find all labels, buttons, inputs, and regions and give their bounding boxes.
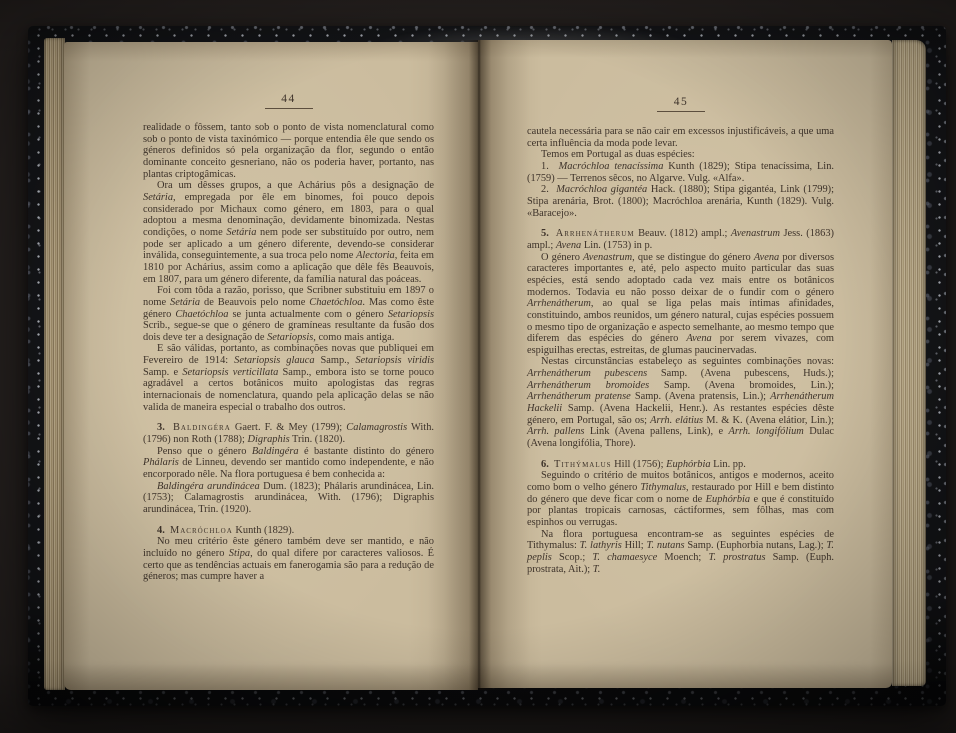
text-run: 2. — [541, 184, 556, 195]
species-name: Chaetóchloa — [175, 309, 228, 320]
paragraph: Na flora portuguesa encontram-se as segu… — [527, 529, 834, 576]
species-name: T. prostratus — [708, 552, 765, 563]
species-name: Arrh. longifólium — [728, 426, 803, 437]
species-name: Avena — [686, 333, 711, 344]
species-name: Macróchloa tenacíssima — [559, 161, 664, 172]
text-run: Samp. e — [143, 367, 182, 378]
text-run: Samp. (Euphorbia nutans, Lag.); — [685, 540, 827, 551]
species-name: Arrhenátherum — [527, 298, 591, 309]
left-page-text: realidade o fôssem, tanto sob o ponto de… — [143, 122, 434, 583]
species-name: Setária — [170, 297, 200, 308]
text-run: 3. — [157, 422, 165, 433]
right-page-header: 45 — [528, 96, 834, 112]
gutter-shadow — [428, 40, 530, 690]
text-run: Beauv. (1812) ampl.; — [635, 228, 731, 239]
page-edges-left — [44, 38, 65, 690]
species-name: Baldingéra arundinácea — [157, 481, 260, 492]
text-run: se junta actualmente com o género — [228, 309, 387, 320]
species-name: Tithymalus — [640, 482, 686, 493]
text-run: Kunth (1829). — [233, 525, 294, 536]
left-page-header: 44 — [143, 93, 434, 109]
text-run: Temos em Portugal as duas espécies: — [541, 149, 695, 160]
text-run: 6. — [541, 459, 549, 470]
text-run: , que se distingue do género — [632, 252, 754, 263]
species-name: Chaetóchloa — [309, 297, 362, 308]
species-name: T. nutans — [646, 540, 684, 551]
paragraph: realidade o fôssem, tanto sob o ponto de… — [143, 122, 434, 180]
text-run: é bastante distinto do género — [299, 446, 434, 457]
paragraph: E são válidas, portanto, as combinações … — [143, 343, 434, 413]
text-run: Trin. (1820). — [290, 434, 345, 445]
right-page-text: cautela necessária para se não cair em e… — [527, 126, 834, 575]
text-run: Gaert. F. & Mey (1799); — [231, 422, 347, 433]
species-name: T. lathyris — [580, 540, 622, 551]
text-run: Samp., — [315, 355, 356, 366]
text-run: Moench; — [657, 552, 708, 563]
species-name: T. chamaesyce — [592, 552, 657, 563]
species-name: Setariopsis viridis — [355, 355, 434, 366]
paragraph: 3. Baldingéra Gaert. F. & Mey (1799); Ca… — [143, 422, 434, 445]
species-name: Macróchloa gigantéa — [556, 184, 647, 195]
species-name: Stipa — [229, 548, 250, 559]
paragraph: Foi com tôda a razão, porisso, que Scrib… — [143, 285, 434, 343]
species-name: Setariopsis glauca — [234, 355, 314, 366]
page-number: 45 — [528, 96, 834, 108]
species-name: Calamagrostis — [346, 422, 407, 433]
page-number-rule — [657, 111, 705, 112]
text-run: realidade o fôssem, tanto sob o ponto de… — [143, 122, 434, 180]
text-run: Lin. pp. — [711, 459, 746, 470]
text-run: Lin. (1753) in p. — [581, 240, 652, 251]
text-run — [165, 422, 173, 433]
text-run: Hill (1756); — [612, 459, 667, 470]
text-run: 5. — [541, 228, 549, 239]
species-name: Setária — [226, 227, 256, 238]
species-name: Arrhenátherum pubescens — [527, 368, 647, 379]
species-name: Euphórbia — [706, 494, 750, 505]
text-run: de Linneu, devendo ser mantido como inde… — [143, 457, 434, 480]
species-name: Alectoria — [356, 250, 395, 261]
page-number: 44 — [143, 93, 434, 105]
page-number-rule — [265, 108, 313, 109]
text-run: cautela necessária para se não cair em e… — [527, 126, 834, 149]
species-name: Setária — [143, 192, 173, 203]
text-run: 4. — [157, 525, 165, 536]
text-run: Hill; — [622, 540, 647, 551]
species-name: Digraphis — [247, 434, 289, 445]
text-run: Scop.; — [552, 552, 593, 563]
paragraph: No meu critério êste género também deve … — [143, 536, 434, 583]
paragraph: Baldingéra arundinácea Dum. (1823); Phál… — [143, 481, 434, 516]
text-run: , como mais antiga. — [313, 332, 394, 343]
genus-heading: Macróchloa — [170, 525, 233, 536]
paragraph: 1. Macróchloa tenacíssima Kunth (1829); … — [527, 161, 834, 184]
text-run: Samp. (Avena pubescens, Huds.); — [647, 368, 834, 379]
text-run: 1. — [541, 161, 559, 172]
text-run: Samp. (Avena bromoides, Lin.); — [649, 380, 834, 391]
paragraph: Nestas circunstâncias estabeleço as segu… — [527, 356, 834, 449]
text-run: Link (Avena pallens, Link), e — [584, 426, 728, 437]
species-name: T. — [593, 564, 601, 575]
page-edges-right — [892, 40, 926, 686]
species-name: Phálaris — [143, 457, 179, 468]
species-name: Avenastrum — [731, 228, 780, 239]
species-name: Setariopsis — [388, 309, 434, 320]
genus-heading: Arrhenátherum — [556, 228, 635, 239]
text-run: O género — [541, 252, 583, 263]
species-name: Arrh. pallens — [527, 426, 584, 437]
species-name: Avenastrum — [583, 252, 632, 263]
species-name: Arrh. elátius — [650, 415, 703, 426]
species-name: Baldingéra — [252, 446, 299, 457]
species-name: Euphórbia — [666, 459, 710, 470]
paragraph: 4. Macróchloa Kunth (1829). — [143, 525, 434, 537]
text-run — [549, 228, 556, 239]
paragraph: O género Avenastrum, que se distingue do… — [527, 252, 834, 357]
species-name: Setariopsis verticillata — [182, 367, 278, 378]
species-name: Arrhenátherum pratense — [527, 391, 631, 402]
text-run: Ora um dêsses grupos, a que Achárius pôs… — [157, 180, 434, 191]
paragraph: 6. Tithýmalus Hill (1756); Euphórbia Lin… — [527, 459, 834, 471]
text-run: Penso que o género — [157, 446, 252, 457]
book-photo: 44 realidade o fôssem, tanto sob o ponto… — [0, 0, 956, 733]
genus-heading: Baldingéra — [173, 422, 231, 433]
species-name: Arrhenátherum bromoides — [527, 380, 649, 391]
paragraph: 2. Macróchloa gigantéa Hack. (1880); Sti… — [527, 184, 834, 219]
genus-heading: Tithýmalus — [554, 459, 612, 470]
text-run: M. & K. (Avena elátior, Lin.); — [703, 415, 834, 426]
paragraph: cautela necessária para se não cair em e… — [527, 126, 834, 149]
text-run: Samp. (Avena pratensis, Lin.); — [631, 391, 770, 402]
species-name: Avena — [754, 252, 779, 263]
paragraph: Ora um dêsses grupos, a que Achárius pôs… — [143, 180, 434, 285]
text-run: Nestas circunstâncias estabeleço as segu… — [541, 356, 834, 367]
paragraph: Seguindo o critério de muitos botânicos,… — [527, 470, 834, 528]
paragraph: Penso que o género Baldingéra é bastante… — [143, 446, 434, 481]
paragraph: 5. Arrhenátherum Beauv. (1812) ampl.; Av… — [527, 228, 834, 251]
text-run: de Beauvois pelo nome — [200, 297, 309, 308]
paragraph: Temos em Portugal as duas espécies: — [527, 149, 834, 161]
species-name: Setariopsis — [267, 332, 313, 343]
species-name: Avena — [556, 240, 581, 251]
